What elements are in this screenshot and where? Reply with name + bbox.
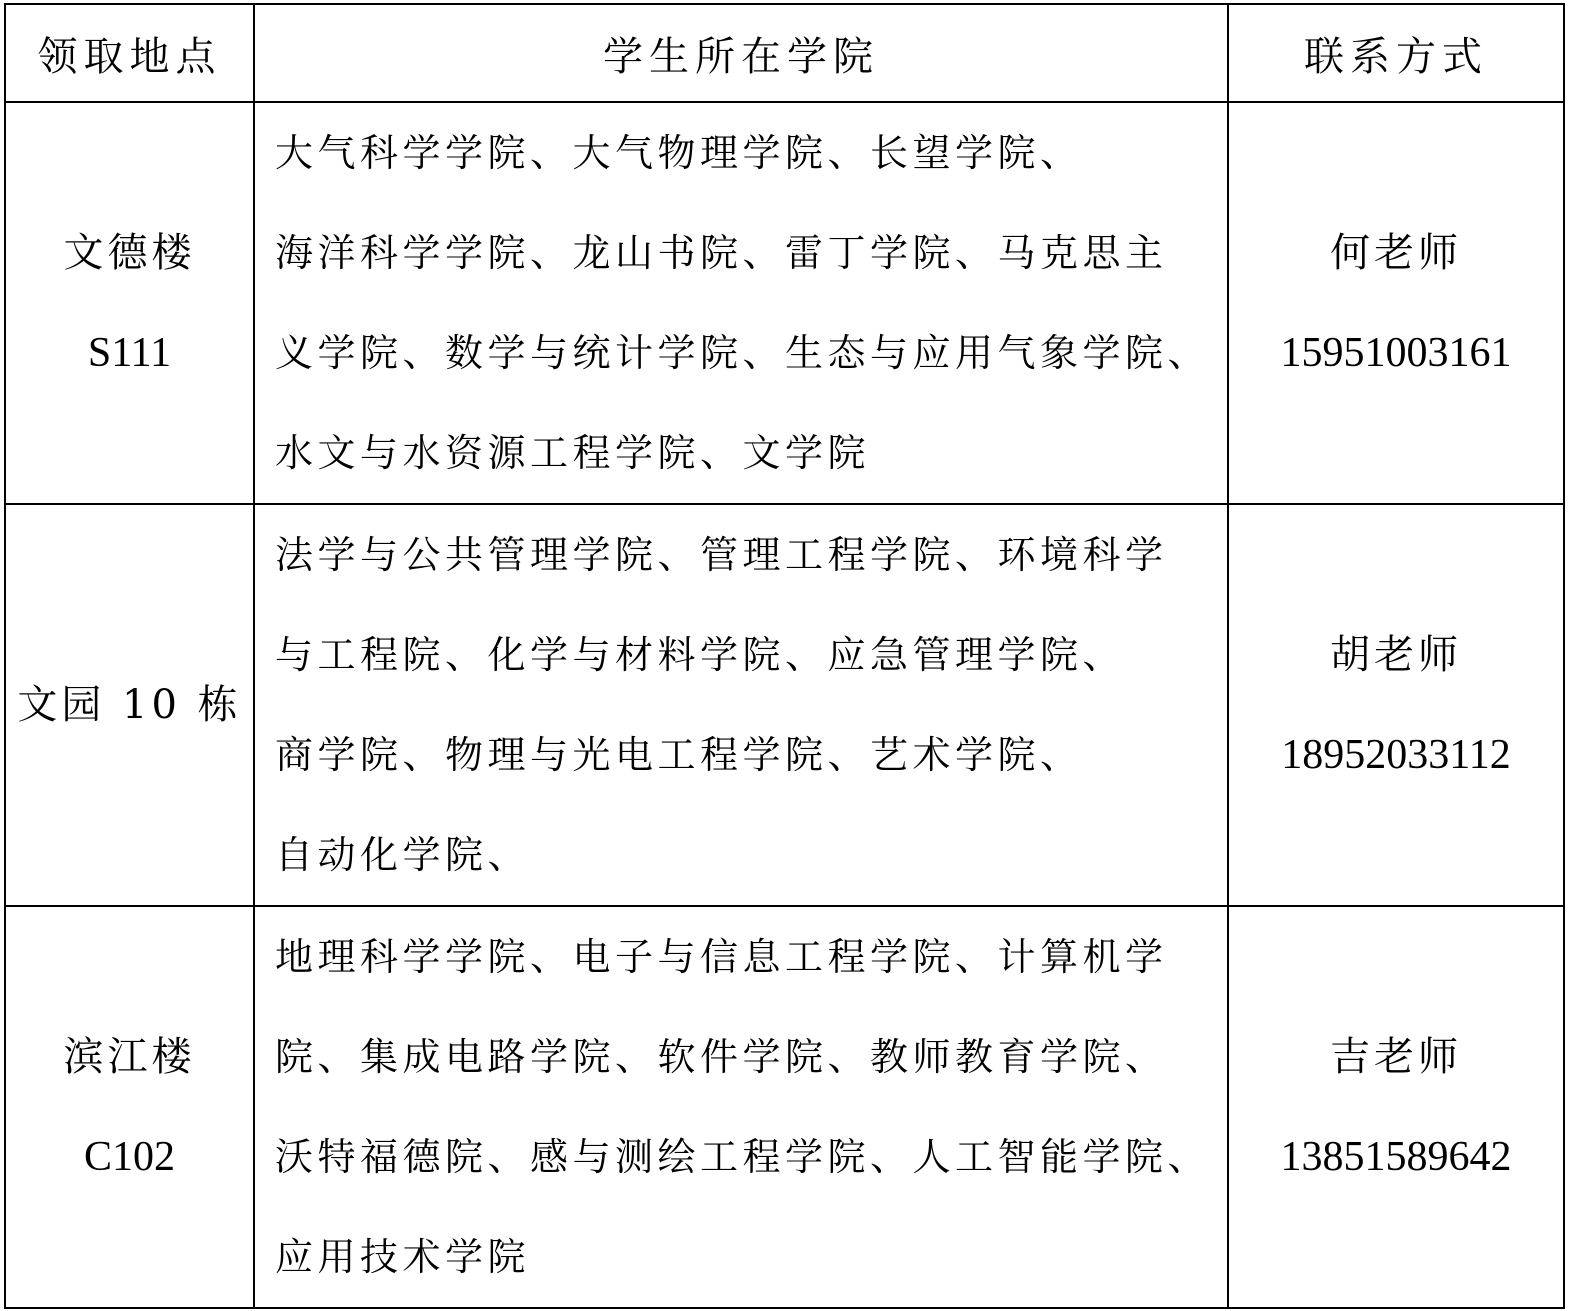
location-building: 滨江楼 xyxy=(6,1007,253,1107)
colleges-cell: 地理科学学院、电子与信息工程学院、计算机学 院、集成电路学院、软件学院、教师教育… xyxy=(254,906,1228,1308)
colleges-line: 水文与水资源工程学院、文学院 xyxy=(275,403,1215,503)
contact-phone: 13851589642 xyxy=(1229,1107,1563,1207)
colleges-line: 应用技术学院 xyxy=(275,1207,1215,1307)
contact-cell: 何老师 15951003161 xyxy=(1228,102,1564,504)
location-building: 文园 10 栋 xyxy=(6,655,253,755)
contact-cell: 吉老师 13851589642 xyxy=(1228,906,1564,1308)
colleges-line: 与工程院、化学与材料学院、应急管理学院、 xyxy=(275,605,1215,705)
location-room: C102 xyxy=(6,1107,253,1207)
contact-name: 吉老师 xyxy=(1229,1007,1563,1107)
colleges-cell: 法学与公共管理学院、管理工程学院、环境科学 与工程院、化学与材料学院、应急管理学… xyxy=(254,504,1228,906)
header-row: 领取地点 学生所在学院 联系方式 xyxy=(5,4,1564,102)
colleges-line: 义学院、数学与统计学院、生态与应用气象学院、 xyxy=(275,303,1215,403)
colleges-line: 法学与公共管理学院、管理工程学院、环境科学 xyxy=(275,505,1215,605)
colleges-cell: 大气科学学院、大气物理学院、长望学院、 海洋科学学院、龙山书院、雷丁学院、马克思… xyxy=(254,102,1228,504)
colleges-list: 大气科学学院、大气物理学院、长望学院、 海洋科学学院、龙山书院、雷丁学院、马克思… xyxy=(275,103,1215,503)
contact-phone: 18952033112 xyxy=(1229,705,1563,805)
colleges-line: 大气科学学院、大气物理学院、长望学院、 xyxy=(275,103,1215,203)
pickup-location-table: 领取地点 学生所在学院 联系方式 文德楼 S111 大气科学学院、大气物理学院、… xyxy=(4,3,1565,1309)
table-row: 滨江楼 C102 地理科学学院、电子与信息工程学院、计算机学 院、集成电路学院、… xyxy=(5,906,1564,1308)
contact-phone: 15951003161 xyxy=(1229,303,1563,403)
colleges-line: 商学院、物理与光电工程学院、艺术学院、 xyxy=(275,705,1215,805)
header-contact: 联系方式 xyxy=(1228,4,1564,102)
contact-name: 胡老师 xyxy=(1229,605,1563,705)
colleges-line: 自动化学院、 xyxy=(275,805,1215,905)
header-colleges: 学生所在学院 xyxy=(254,4,1228,102)
table-row: 文园 10 栋 法学与公共管理学院、管理工程学院、环境科学 与工程院、化学与材料… xyxy=(5,504,1564,906)
colleges-line: 沃特福德院、感与测绘工程学院、人工智能学院、 xyxy=(275,1107,1215,1207)
location-cell: 文德楼 S111 xyxy=(5,102,254,504)
colleges-line: 海洋科学学院、龙山书院、雷丁学院、马克思主 xyxy=(275,203,1215,303)
contact-name: 何老师 xyxy=(1229,203,1563,303)
location-cell: 文园 10 栋 xyxy=(5,504,254,906)
table-row: 文德楼 S111 大气科学学院、大气物理学院、长望学院、 海洋科学学院、龙山书院… xyxy=(5,102,1564,504)
location-building: 文德楼 xyxy=(6,203,253,303)
location-cell: 滨江楼 C102 xyxy=(5,906,254,1308)
header-location: 领取地点 xyxy=(5,4,254,102)
colleges-list: 法学与公共管理学院、管理工程学院、环境科学 与工程院、化学与材料学院、应急管理学… xyxy=(275,505,1215,905)
colleges-line: 地理科学学院、电子与信息工程学院、计算机学 xyxy=(275,907,1215,1007)
contact-cell: 胡老师 18952033112 xyxy=(1228,504,1564,906)
colleges-line: 院、集成电路学院、软件学院、教师教育学院、 xyxy=(275,1007,1215,1107)
location-room: S111 xyxy=(6,303,253,403)
colleges-list: 地理科学学院、电子与信息工程学院、计算机学 院、集成电路学院、软件学院、教师教育… xyxy=(275,907,1215,1307)
